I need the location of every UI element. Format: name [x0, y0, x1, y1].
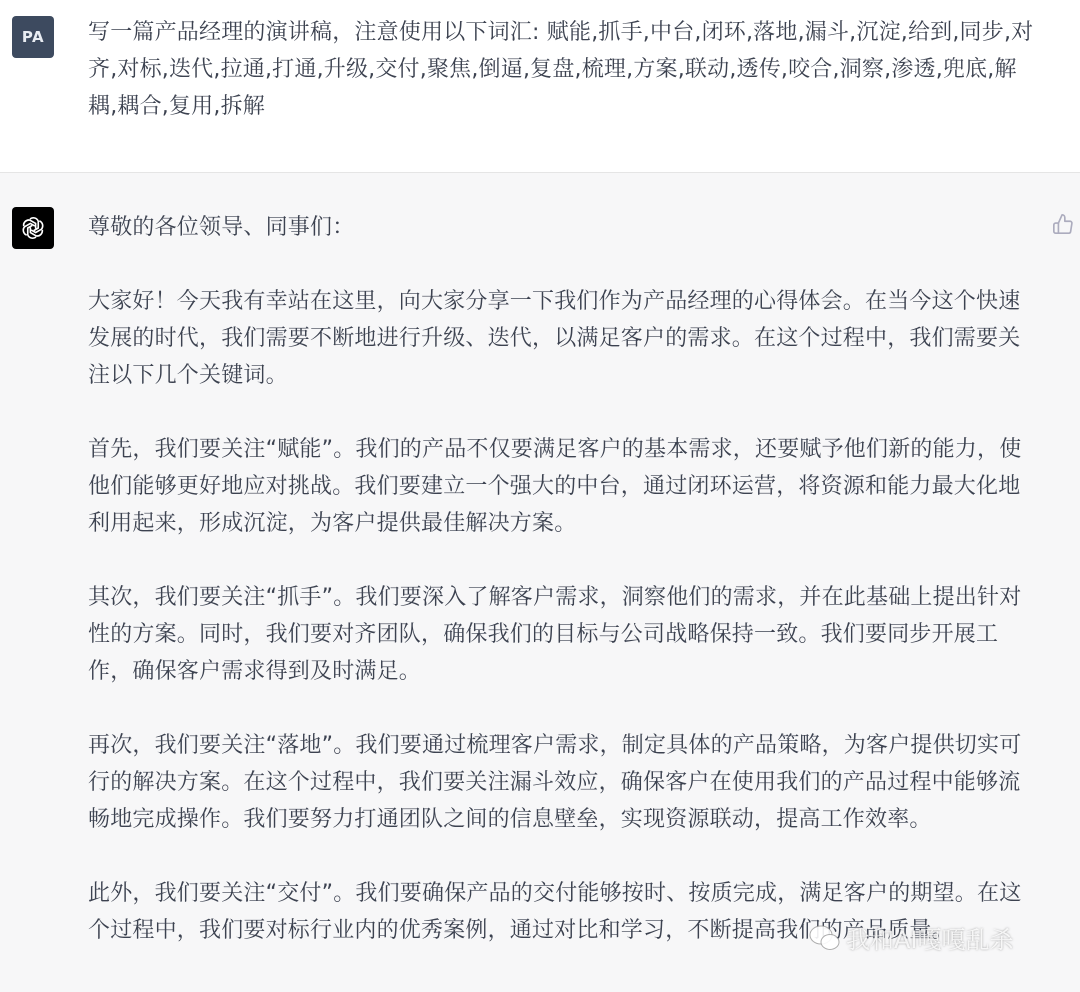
user-avatar: PA: [12, 16, 54, 58]
paragraph-fourth: 此外，我们要关注“交付”。我们要确保产品的交付能够按时、按质完成，满足客户的期望…: [88, 875, 1038, 949]
assistant-message-turn: 尊敬的各位领导、同事们： 大家好！今天我有幸站在这里，向大家分享一下我们作为产品…: [0, 173, 1080, 992]
user-message-text: 写一篇产品经理的演讲稿，注意使用以下词汇: 赋能,抓手,中台,闭环,落地,漏斗,…: [88, 14, 1038, 125]
user-avatar-initials: PA: [22, 28, 44, 46]
paragraph-intro: 大家好！今天我有幸站在这里，向大家分享一下我们作为产品经理的心得体会。在当今这个…: [88, 283, 1038, 394]
paragraph-first: 首先，我们要关注“赋能”。我们的产品不仅要满足客户的基本需求，还要赋予他们新的能…: [88, 431, 1038, 542]
assistant-avatar: [12, 207, 54, 249]
thumbs-up-button[interactable]: [1052, 213, 1074, 235]
paragraph-greeting: 尊敬的各位领导、同事们：: [88, 209, 1038, 246]
user-message-turn: PA 写一篇产品经理的演讲稿，注意使用以下词汇: 赋能,抓手,中台,闭环,落地,…: [0, 0, 1080, 173]
thumbs-up-icon: [1052, 213, 1074, 235]
chat-page: PA 写一篇产品经理的演讲稿，注意使用以下词汇: 赋能,抓手,中台,闭环,落地,…: [0, 0, 1080, 992]
paragraph-third: 再次，我们要关注“落地”。我们要通过梳理客户需求，制定具体的产品策略，为客户提供…: [88, 727, 1038, 838]
openai-logo-icon: [18, 213, 48, 243]
assistant-message-text: 尊敬的各位领导、同事们： 大家好！今天我有幸站在这里，向大家分享一下我们作为产品…: [88, 209, 1038, 986]
paragraph-second: 其次，我们要关注“抓手”。我们要深入了解客户需求，洞察他们的需求，并在此基础上提…: [88, 579, 1038, 690]
